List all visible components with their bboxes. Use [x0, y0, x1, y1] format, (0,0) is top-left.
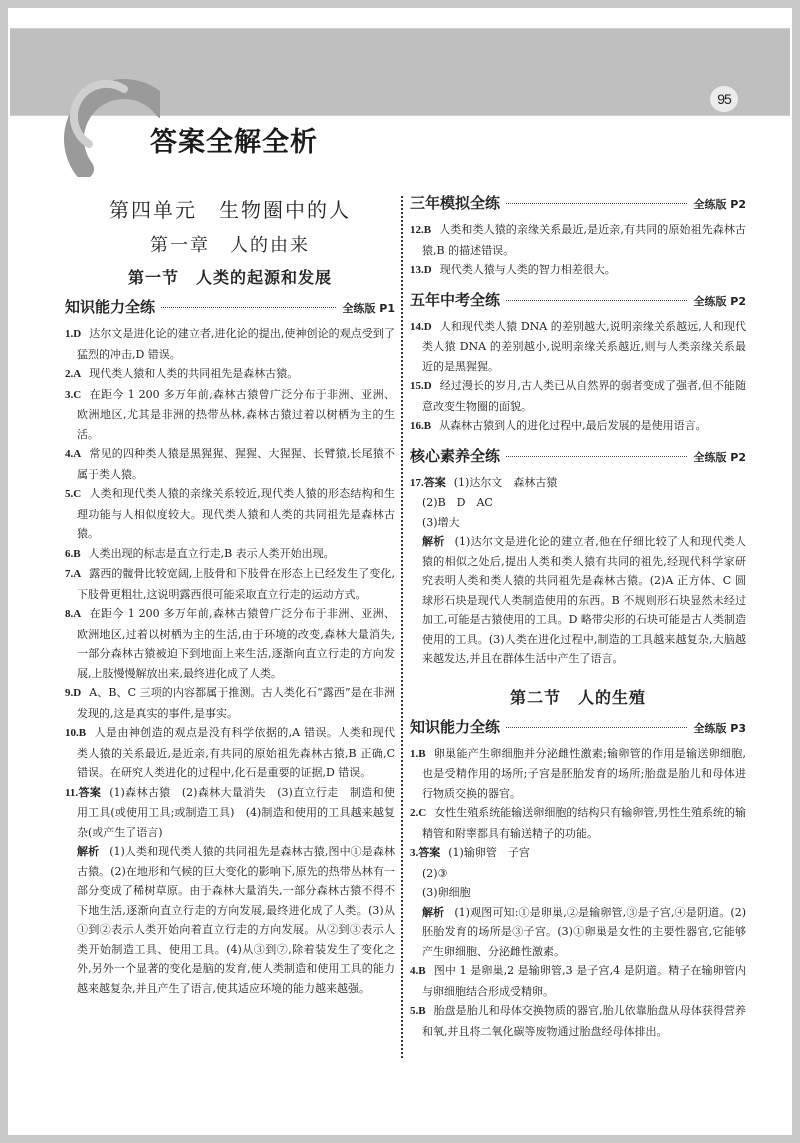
answer-item: 14.D人和现代类人猿 DNA 的差别越大,说明亲缘关系越远,人和现代类人猿 D… — [410, 317, 746, 377]
section-header-ref: 全练版 P2 — [693, 196, 746, 212]
section-header-title: 三年模拟全练 — [410, 192, 500, 213]
answer-item: 4.A常见的四种类人猿是黑猩猩、猩猩、大猩猩、长臂猿,长尾猿不属于类人猿。 — [65, 444, 395, 484]
column-divider — [401, 196, 403, 1058]
section-header-ref: 全练版 P3 — [693, 720, 746, 736]
section-header-ref: 全练版 P2 — [693, 449, 746, 465]
chapter-title: 第一章 人的由来 — [65, 231, 395, 257]
leader-dots — [506, 300, 687, 301]
leader-dots — [506, 203, 687, 204]
answer-item: 2.A现代类人猿和人类的共同祖先是森林古猿。 — [65, 364, 395, 385]
answer-line: (2)B D AC — [410, 493, 746, 513]
left-column: 第四单元 生物圈中的人 第一章 人的由来 第一节 人类的起源和发展 知识能力全练… — [65, 190, 395, 998]
answer-item: 8.A在距今 1 200 多万年前,森林古猿曾广泛分布于非洲、亚洲、欧洲地区,过… — [65, 604, 395, 683]
answer-item: 16.B从森林古猿到人的进化过程中,最后发展的是使用语言。 — [410, 416, 746, 437]
section-header: 知识能力全练全练版 P1 — [65, 296, 395, 317]
answer-item: 11.答案(1)森林古猿 (2)森林大量消失 (3)直立行走 制造和使用工具(或… — [65, 783, 395, 843]
answer-line: (3)增大 — [410, 513, 746, 533]
answer-item: 1.B卵巢能产生卵细胞并分泌雌性激素;输卵管的作用是输送卵细胞,也是受精作用的场… — [410, 744, 746, 804]
section-header-ref: 全练版 P1 — [342, 300, 395, 316]
answer-line: (2)③ — [410, 864, 746, 884]
answer-item: 5.B胎盘是胎儿和母体交换物质的器官,胎儿依靠胎盘从母体获得营养和氧,并且将二氧… — [410, 1001, 746, 1041]
section-header-ref: 全练版 P2 — [693, 293, 746, 309]
answer-item: 5.C人类和现代类人猿的亲缘关系较近,现代类人猿的形态结构和生理功能与人相似度较… — [65, 484, 395, 544]
section-title: 第一节 人类的起源和发展 — [65, 265, 395, 288]
answer-item: 1.D达尔文是进化论的建立者,进化论的提出,使神创论的观点受到了猛烈的冲击,D … — [65, 324, 395, 364]
section-title: 第二节 人的生殖 — [410, 685, 746, 708]
unit-title: 第四单元 生物圈中的人 — [65, 194, 395, 223]
leader-dots — [506, 456, 687, 457]
section-header-title: 知识能力全练 — [410, 716, 500, 737]
section-header: 五年中考全练全练版 P2 — [410, 289, 746, 310]
page: 95 答案全解全析 第四单元 生物圈中的人 第一章 人的由来 第一节 人类的起源… — [8, 8, 792, 1135]
arc-logo-icon — [64, 69, 160, 177]
answer-item: 7.A露西的髋骨比较宽阔,上肢骨和下肢骨在形态上已经发生了变化,下肢骨更粗壮,这… — [65, 564, 395, 604]
answer-item: 15.D经过漫长的岁月,古人类已从自然界的弱者变成了强者,但不能随意改变生物圈的… — [410, 376, 746, 416]
right-column: 三年模拟全练全练版 P2 12.B人类和类人猿的亲缘关系最近,是近亲,有共同的原… — [410, 190, 746, 1041]
analysis: 解析(1)人类和现代类人猿的共同祖先是森林古猿,图中①是森林古猿。(2)在地形和… — [65, 842, 395, 998]
section-header-title: 知识能力全练 — [65, 296, 155, 317]
answer-item: 9.DA、B、C 三项的内容都属于推测。古人类化石“露西”是在非洲发现的,这是真… — [65, 683, 395, 723]
analysis: 解析(1)达尔文是进化论的建立者,他在仔细比较了人和现代类人猿的相似之处后,提出… — [410, 532, 746, 669]
page-number: 95 — [710, 86, 738, 112]
section-header: 核心素养全练全练版 P2 — [410, 445, 746, 466]
answer-item: 17.答案(1)达尔文 森林古猿 — [410, 473, 746, 494]
section-header-title: 核心素养全练 — [410, 445, 500, 466]
section-header: 知识能力全练全练版 P3 — [410, 716, 746, 737]
answer-item: 2.C女性生殖系统能输送卵细胞的结构只有输卵管,男性生殖系统的输精管和附睾都具有… — [410, 803, 746, 843]
answer-line: (3)卵细胞 — [410, 883, 746, 903]
answer-item: 12.B人类和类人猿的亲缘关系最近,是近亲,有共同的原始祖先森林古猿,B 的描述… — [410, 220, 746, 260]
answer-item: 4.B图中 1 是卵巢,2 是输卵管,3 是子宫,4 是阴道。精子在输卵管内与卵… — [410, 961, 746, 1001]
leader-dots — [506, 727, 687, 728]
analysis: 解析(1)观图可知:①是卵巢,②是输卵管,③是子宫,④是阴道。(2)胚胎发育的场… — [410, 903, 746, 962]
leader-dots — [161, 307, 336, 308]
answer-item: 6.B人类出现的标志是直立行走,B 表示人类开始出现。 — [65, 544, 395, 565]
answer-item: 10.B人是由神创造的观点是没有科学依据的,A 错误。人类和现代类人猿的关系最近… — [65, 723, 395, 783]
page-title: 答案全解全析 — [150, 120, 318, 159]
answer-item: 3.C在距今 1 200 多万年前,森林古猿曾广泛分布于非洲、亚洲、欧洲地区,尤… — [65, 385, 395, 445]
answer-item: 13.D现代类人猿与人类的智力相差很大。 — [410, 260, 746, 281]
section-header: 三年模拟全练全练版 P2 — [410, 192, 746, 213]
section-header-title: 五年中考全练 — [410, 289, 500, 310]
answer-item: 3.答案(1)输卵管 子宫 — [410, 843, 746, 864]
